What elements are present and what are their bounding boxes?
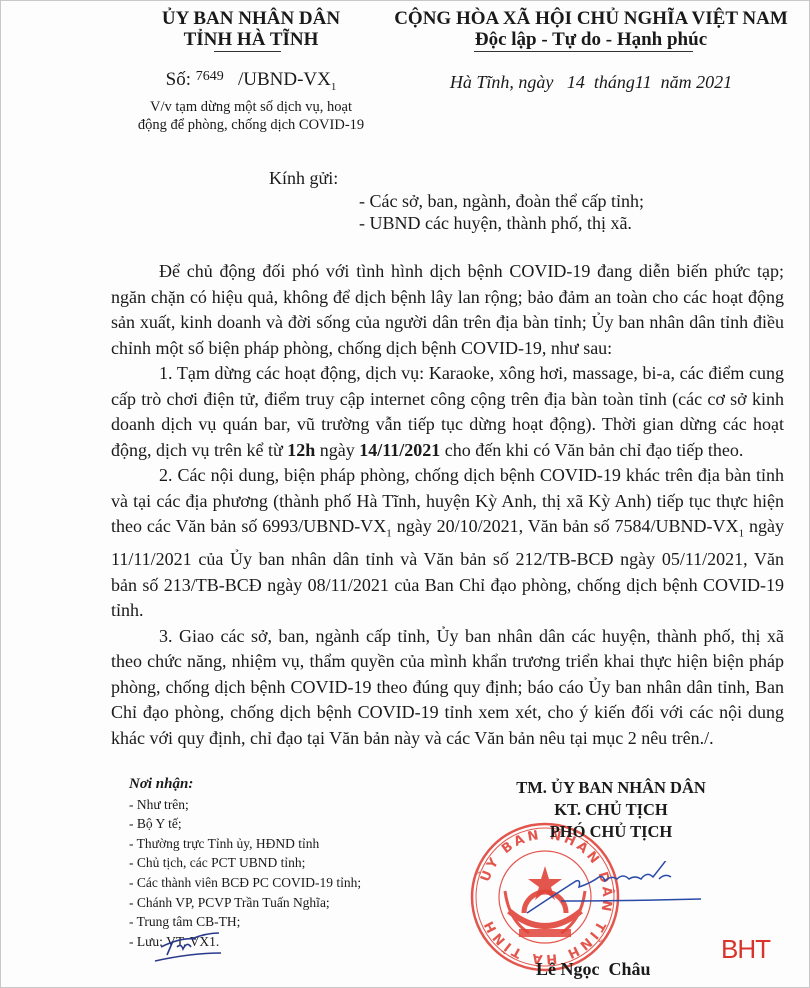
recipient-item: - Các thành viên BCĐ PC COVID-19 tỉnh;: [129, 873, 361, 893]
recipient-item: - Trung tâm CB-TH;: [129, 912, 361, 932]
document-number: Số: 7649 /UBND-VX1: [101, 66, 401, 98]
handwritten-signature: [521, 861, 721, 921]
nation-title: CỘNG HÒA XÃ HỘI CHỦ NGHĨA VIỆT NAM: [371, 9, 810, 29]
national-motto: Độc lập - Tự do - Hạnh phúc: [371, 29, 810, 51]
addressee-item: - UBND các huyện, thành phố, thị xã.: [359, 213, 632, 234]
signer-title-line2: KT. CHỦ TỊCH: [471, 799, 751, 821]
signer-title-line3: PHÓ CHỦ TỊCH: [471, 821, 751, 843]
signer-name: Lê Ngọc Châu: [536, 959, 651, 980]
document-date: Hà Tĩnh, ngày 14 tháng11 năm 2021: [371, 72, 810, 93]
subject-line2: động để phòng, chống dịch COVID-19: [101, 116, 401, 134]
signer-block: TM. ỦY BAN NHÂN DÂN KT. CHỦ TỊCH PHÓ CHỦ…: [471, 777, 751, 843]
header-underline: [214, 51, 281, 52]
document-body: Để chủ động đối phó với tình hình dịch b…: [111, 259, 784, 751]
recipients-list: Nơi nhận: - Như trên; - Bộ Y tế; - Thườn…: [129, 775, 361, 951]
recipient-item: - Như trên;: [129, 795, 361, 815]
initials-mark: [151, 931, 231, 966]
recipients-title: Nơi nhận:: [129, 775, 361, 795]
addressee-item: - Các sở, ban, ngành, đoàn thể cấp tỉnh;: [359, 191, 644, 212]
recipient-item: - Chủ tịch, các PCT UBND tỉnh;: [129, 853, 361, 873]
doc-number-value: 7649: [196, 69, 224, 84]
addressee-label: Kính gửi:: [269, 168, 338, 189]
recipient-item: - Bộ Y tế;: [129, 814, 361, 834]
org-name-line1: ỦY BAN NHÂN DÂN: [101, 9, 401, 29]
issuing-authority-block: ỦY BAN NHÂN DÂN TỈNH HÀ TĨNH Số: 7649 /U…: [101, 9, 401, 134]
subject-line1: V/v tạm dừng một số dịch vụ, hoạt: [101, 98, 401, 116]
recipient-item: - Thường trực Tỉnh ủy, HĐND tỉnh: [129, 834, 361, 854]
signer-title-line1: TM. ỦY BAN NHÂN DÂN: [471, 777, 751, 799]
intro-paragraph: Để chủ động đối phó với tình hình dịch b…: [111, 259, 784, 361]
start-time: 12h: [287, 440, 315, 460]
org-name-line2: TỈNH HÀ TĨNH: [101, 29, 401, 51]
item-3-paragraph: 3. Giao các sở, ban, ngành cấp tỉnh, Ủy …: [111, 624, 784, 752]
national-header-block: CỘNG HÒA XÃ HỘI CHỦ NGHĨA VIỆT NAM Độc l…: [371, 9, 810, 93]
start-date: 14/11/2021: [359, 440, 440, 460]
document-page: ỦY BAN NHÂN DÂN TỈNH HÀ TĨNH Số: 7649 /U…: [0, 0, 810, 988]
recipient-item: - Chánh VP, PCVP Trần Tuấn Nghĩa;: [129, 893, 361, 913]
bht-watermark-logo: BHT: [721, 934, 770, 965]
item-1-paragraph: 1. Tạm dừng các hoạt động, dịch vụ: Kara…: [111, 361, 784, 463]
motto-underline: [474, 51, 693, 52]
item-2-paragraph: 2. Các nội dung, biện pháp phòng, chống …: [111, 463, 784, 624]
